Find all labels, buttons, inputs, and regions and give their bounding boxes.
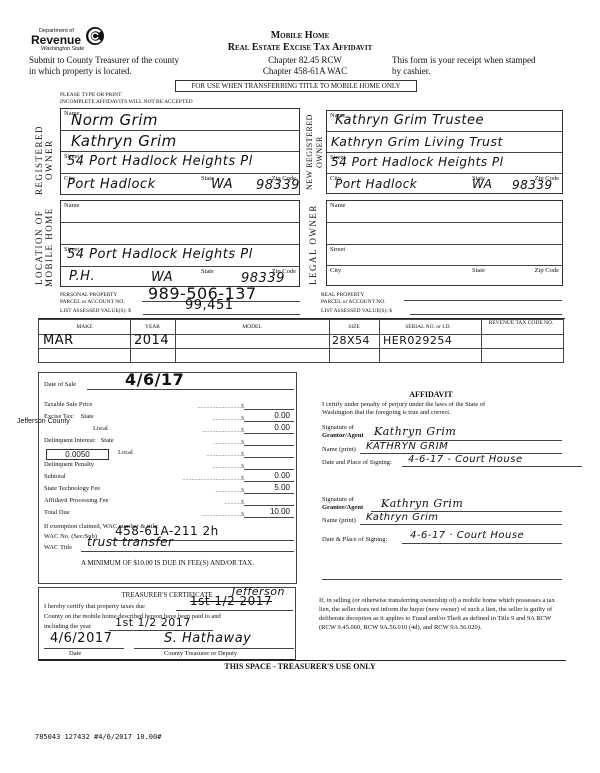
reg-name-2: Kathryn Grim [71, 132, 177, 150]
col-size: SIZE [329, 324, 379, 330]
affidavit-blank-line [322, 579, 562, 580]
transfer-banner: FOR USE WHEN TRANSFERRING TITLE TO MOBIL… [175, 80, 417, 92]
name-label: Name [64, 202, 80, 209]
new-registered-owner-label: NEW REGISTERED OWNER [305, 110, 327, 195]
new-name-row2[interactable]: Kathryn Grim Living Trust [327, 132, 562, 153]
treasurer-signature-field[interactable]: S. Hathaway [134, 639, 294, 649]
submit-note: Submit to County Treasurer of the county… [29, 55, 179, 76]
table-row[interactable]: MAR 2014 28X54 HER029254 [39, 335, 563, 349]
receipt-stamp: 785043 127432 #4/6/2017 10.00# [35, 733, 161, 741]
affidavit-statement-2: Washington that the foregoing is true an… [322, 409, 485, 417]
row1-serial: HER029254 [383, 334, 452, 347]
grantor-date-field[interactable]: 4-6-17 - Court House [402, 458, 582, 467]
year-value: 1st 1/2 2017 [115, 616, 191, 629]
new-name-1: Kathryn Grim Trustee [335, 113, 484, 128]
col-divider [379, 320, 380, 362]
real-property-label: REAL PROPERTY PARCEL or ACCOUNT NO. [321, 292, 386, 306]
personal-assessed-label: LIST ASSESSED VALUE(S): $ [60, 308, 131, 314]
new-city: Port Hadlock [335, 177, 417, 191]
row1-size: 28X54 [332, 334, 370, 347]
lien-notice: If, in selling (or otherwise transferrin… [319, 596, 564, 632]
vehicle-table-header: MAKE YEAR MODEL SIZE SERIAL NO. or I.D. … [39, 320, 563, 335]
excise-state-value: 0.00 [274, 411, 290, 420]
new-reg-label-2: OWNER [315, 137, 324, 169]
reg-owner-label-1: REGISTERED [34, 125, 44, 195]
legal-name-row2[interactable] [327, 223, 562, 245]
zip-label: Zip Code [535, 267, 559, 274]
delinq-state-field[interactable] [244, 436, 294, 446]
row1-make: MAR [43, 333, 74, 348]
date-of-sale-field[interactable]: 4/6/17 [87, 381, 294, 390]
minimum-note: A MINIMUM OF $10.00 IS DUE IN FEE(S) AND… [39, 559, 296, 567]
subtotal-field[interactable]: 0.00 [244, 472, 294, 482]
grantee-sig-label-1: Signature of [322, 496, 363, 504]
pp-label-1: PERSONAL PROPERTY [60, 292, 125, 299]
real-assessed-label: LIST ASSESSED VALUE(S): $ [321, 308, 392, 314]
legal-owner-label: LEGAL OWNER [308, 200, 322, 290]
grantor-name-label: Name (print) [322, 446, 356, 453]
bottom-rule [296, 660, 566, 661]
location-label-1: LOCATION OF [34, 210, 44, 285]
tech-fee-value: 5.00 [274, 483, 290, 492]
pp-label-2: PARCEL or ACCOUNT NO. [60, 299, 125, 306]
type-or-print: PLEASE TYPE OR PRINT [60, 92, 121, 98]
state-label: State [201, 268, 214, 275]
incomplete-note: INCOMPLETE AFFIDAVITS WILL NOT BE ACCEPT… [60, 99, 193, 105]
affidavit-fee-field[interactable] [244, 496, 294, 506]
reg-name-1: Norm Grim [71, 111, 158, 129]
taxes-due-field[interactable]: 1st 1/2 2017 [176, 602, 293, 611]
delinq-penalty-field[interactable] [244, 460, 294, 470]
new-zip: 98339 [512, 178, 553, 192]
name-label: Name [330, 202, 346, 209]
legal-city-row[interactable]: City State Zip Code [327, 266, 562, 286]
street-label: Street [330, 246, 345, 253]
reg-state: WA [211, 177, 233, 192]
col-divider [175, 320, 176, 362]
col-year: YEAR [130, 324, 175, 330]
loc-name-row2[interactable] [61, 223, 299, 245]
grantee-sig-label: Signature of Grantee/Agent [322, 496, 363, 511]
loc-street-row[interactable]: Street 54 Port Hadlock Heights Pl [61, 245, 299, 267]
grantor-name: KATHRYN GRIM [366, 441, 448, 452]
grantor-sig-label-1: Signature of [322, 424, 364, 432]
treasurer-date-label: Date [69, 650, 81, 657]
grantor-sig-label: Signature of Grantor/Agent [322, 424, 364, 439]
col-model: MODEL [175, 324, 329, 330]
rp-label-2: PARCEL or ACCOUNT NO. [321, 299, 386, 306]
new-state: WA [472, 177, 492, 191]
tech-fee-field[interactable]: 5.00 [244, 484, 294, 494]
table-row[interactable] [39, 349, 563, 363]
loc-state: WA [151, 270, 173, 285]
loc-city: P.H. [69, 269, 95, 284]
treasurer-signature: S. Hathaway [164, 631, 251, 646]
chapter-rcw: Chapter 82.45 RCW [250, 55, 360, 66]
real-parcel-field[interactable] [404, 292, 562, 301]
treasurer-signer-label: County Treasurer or Deputy [164, 650, 237, 657]
tax-box: Date of Sale 4/6/17 Taxable Sale Price E… [38, 372, 297, 584]
registered-owner-box: Name Norm Grim Kathryn Grim Street 54 Po… [60, 108, 300, 195]
vehicle-table: MAKE YEAR MODEL SIZE SERIAL NO. or I.D. … [38, 319, 564, 363]
submit-note-line1: Submit to County Treasurer of the county [29, 55, 179, 66]
grantee-sig-label-2: Grantee/Agent [322, 504, 363, 512]
legal-street-row[interactable]: Street [327, 245, 562, 266]
new-registered-owner-box: Name Kathryn Grim Trustee Kathryn Grim L… [326, 110, 563, 194]
grantor-name-field[interactable]: KATHRYN GRIM [360, 445, 562, 454]
reg-zip: 98339 [256, 178, 300, 193]
wac-title-label: WAC Title [44, 544, 72, 551]
personal-property-label: PERSONAL PROPERTY PARCEL or ACCOUNT NO. [60, 292, 125, 306]
treasurer-date-value: 4/6/2017 [50, 631, 112, 646]
wac-title-value: trust transfer [87, 535, 173, 549]
grantor-sig-label-2: Grantor/Agent [322, 432, 364, 440]
reg-city: Port Hadlock [67, 177, 156, 192]
grantee-name-label: Name (print) [322, 517, 356, 524]
year-field[interactable]: 1st 1/2 2017 [109, 623, 213, 631]
legal-name-row1[interactable]: Name [327, 201, 562, 223]
receipt-note-line1: This form is your receipt when stamped [392, 55, 535, 66]
treasurer-cert-line1: I hereby certify that property taxes due [44, 603, 145, 610]
reg-name-row2[interactable]: Kathryn Grim [61, 131, 299, 152]
new-name-2: Kathryn Grim Living Trust [331, 134, 503, 149]
new-street: 54 Port Hadlock Heights Pl [331, 155, 503, 169]
grantee-signature: Kathryn Grim [381, 497, 463, 510]
treasurer-cert-line3: including the year [44, 623, 91, 630]
rate-value: 0.0050 [65, 450, 89, 459]
date-of-sale-label: Date of Sale [44, 381, 76, 388]
grantee-date-label: Date & Place of Signing: [322, 536, 387, 543]
page-title-1: Mobile Home [0, 30, 600, 41]
grantee-date: 4-6-17 · Court House [410, 530, 524, 541]
reg-city-row[interactable]: City State Zip Code Port Hadlock WA 9833… [61, 174, 299, 195]
new-reg-label-1: NEW REGISTERED [305, 115, 314, 191]
rp-label-1: REAL PROPERTY [321, 292, 386, 299]
legal-owner-box: Name Street City State Zip Code [326, 200, 563, 286]
grantor-date: 4-6-17 - Court House [408, 454, 523, 465]
state-label: State [472, 267, 485, 274]
new-street-row[interactable]: Street 54 Port Hadlock Heights Pl [327, 153, 562, 174]
col-divider [329, 320, 330, 362]
total-due-field[interactable]: 10.00 [244, 508, 294, 518]
grantor-signature: Kathryn Grim [374, 425, 456, 438]
date-of-sale-value: 4/6/17 [125, 370, 184, 389]
total-due-value: 10.00 [270, 507, 290, 516]
excise-state-field[interactable]: 0.00 [244, 412, 294, 422]
grantee-signature-field[interactable]: Kathryn Grim [371, 503, 562, 512]
col-divider [130, 320, 131, 362]
delinq-local-field[interactable] [244, 448, 294, 458]
excise-local-value: 0.00 [274, 423, 290, 432]
affidavit-statement: I certify under penalty of perjury under… [322, 401, 485, 417]
receipt-note: This form is your receipt when stamped b… [392, 55, 535, 76]
loc-name-row1[interactable]: Name [61, 201, 299, 223]
affidavit-title: AFFIDAVIT [300, 390, 562, 399]
grantor-signature-field[interactable]: Kathryn Grim [370, 431, 562, 441]
col-revenue-code: REVENUE TAX CODE NO. [481, 320, 561, 327]
grantee-name: Kathryn Grim [366, 512, 439, 523]
col-serial: SERIAL NO. or I.D. [379, 324, 477, 330]
treasurer-certificate-box: TREASURER'S CERTIFICATE I hereby certify… [38, 587, 296, 661]
location-box: Name Street 54 Port Hadlock Heights Pl S… [60, 200, 300, 287]
grantee-name-field[interactable]: Kathryn Grim [360, 516, 562, 525]
chapter-refs: Chapter 82.45 RCW Chapter 458-61A WAC [250, 55, 360, 76]
reg-street-row[interactable]: Street 54 Port Hadlock Heights Pl [61, 152, 299, 174]
row1-year: 2014 [134, 333, 169, 348]
real-assessed-field[interactable] [410, 306, 562, 315]
subtotal-value: 0.00 [274, 471, 290, 480]
col-make: MAKE [39, 324, 130, 330]
col-divider [481, 320, 482, 362]
dot-leaders: .............................$..........… [44, 401, 244, 521]
grantor-date-label: Date and Place of Signing: [322, 459, 392, 466]
affidavit-statement-1: I certify under penalty of perjury under… [322, 401, 485, 409]
receipt-note-line2: by cashier. [392, 66, 535, 77]
reg-name-row1[interactable]: Name Norm Grim [61, 109, 299, 131]
county-handwritten: Jefferson [232, 585, 285, 598]
new-city-row[interactable]: City State Zip Code Port Hadlock WA 9833… [327, 174, 562, 194]
submit-note-line2: in which property is located. [29, 66, 179, 77]
new-name-row1[interactable]: Name Kathryn Grim Trustee [327, 111, 562, 132]
wac-title-field[interactable]: trust transfer [81, 543, 294, 552]
city-label: City [330, 267, 341, 274]
taxable-price-field[interactable] [244, 400, 294, 410]
reg-owner-label-2: OWNER [44, 140, 54, 181]
registered-owner-label: REGISTERED OWNER [34, 110, 58, 210]
excise-local-field[interactable]: 0.00 [244, 424, 294, 434]
location-label: LOCATION OF MOBILE HOME [34, 200, 58, 295]
loc-street: 54 Port Hadlock Heights Pl [67, 247, 253, 262]
treasurer-date-field[interactable]: 4/6/2017 [44, 639, 124, 649]
treasurer-use-only: THIS SPACE - TREASURER'S USE ONLY [0, 662, 600, 671]
rate-box[interactable]: 0.0050 [46, 449, 109, 460]
location-label-2: MOBILE HOME [44, 208, 54, 288]
personal-assessed-field[interactable]: 99,451 [143, 305, 300, 315]
grantee-date-field[interactable]: 4-6-17 · Court House [402, 535, 562, 544]
page-title-2: Real Estate Excise Tax Affidavit [0, 42, 600, 53]
county-stamp: Jefferson County [17, 418, 70, 425]
personal-assessed-value: 99,451 [185, 298, 234, 313]
chapter-wac: Chapter 458-61A WAC [250, 66, 360, 77]
reg-street: 54 Port Hadlock Heights Pl [67, 154, 253, 169]
